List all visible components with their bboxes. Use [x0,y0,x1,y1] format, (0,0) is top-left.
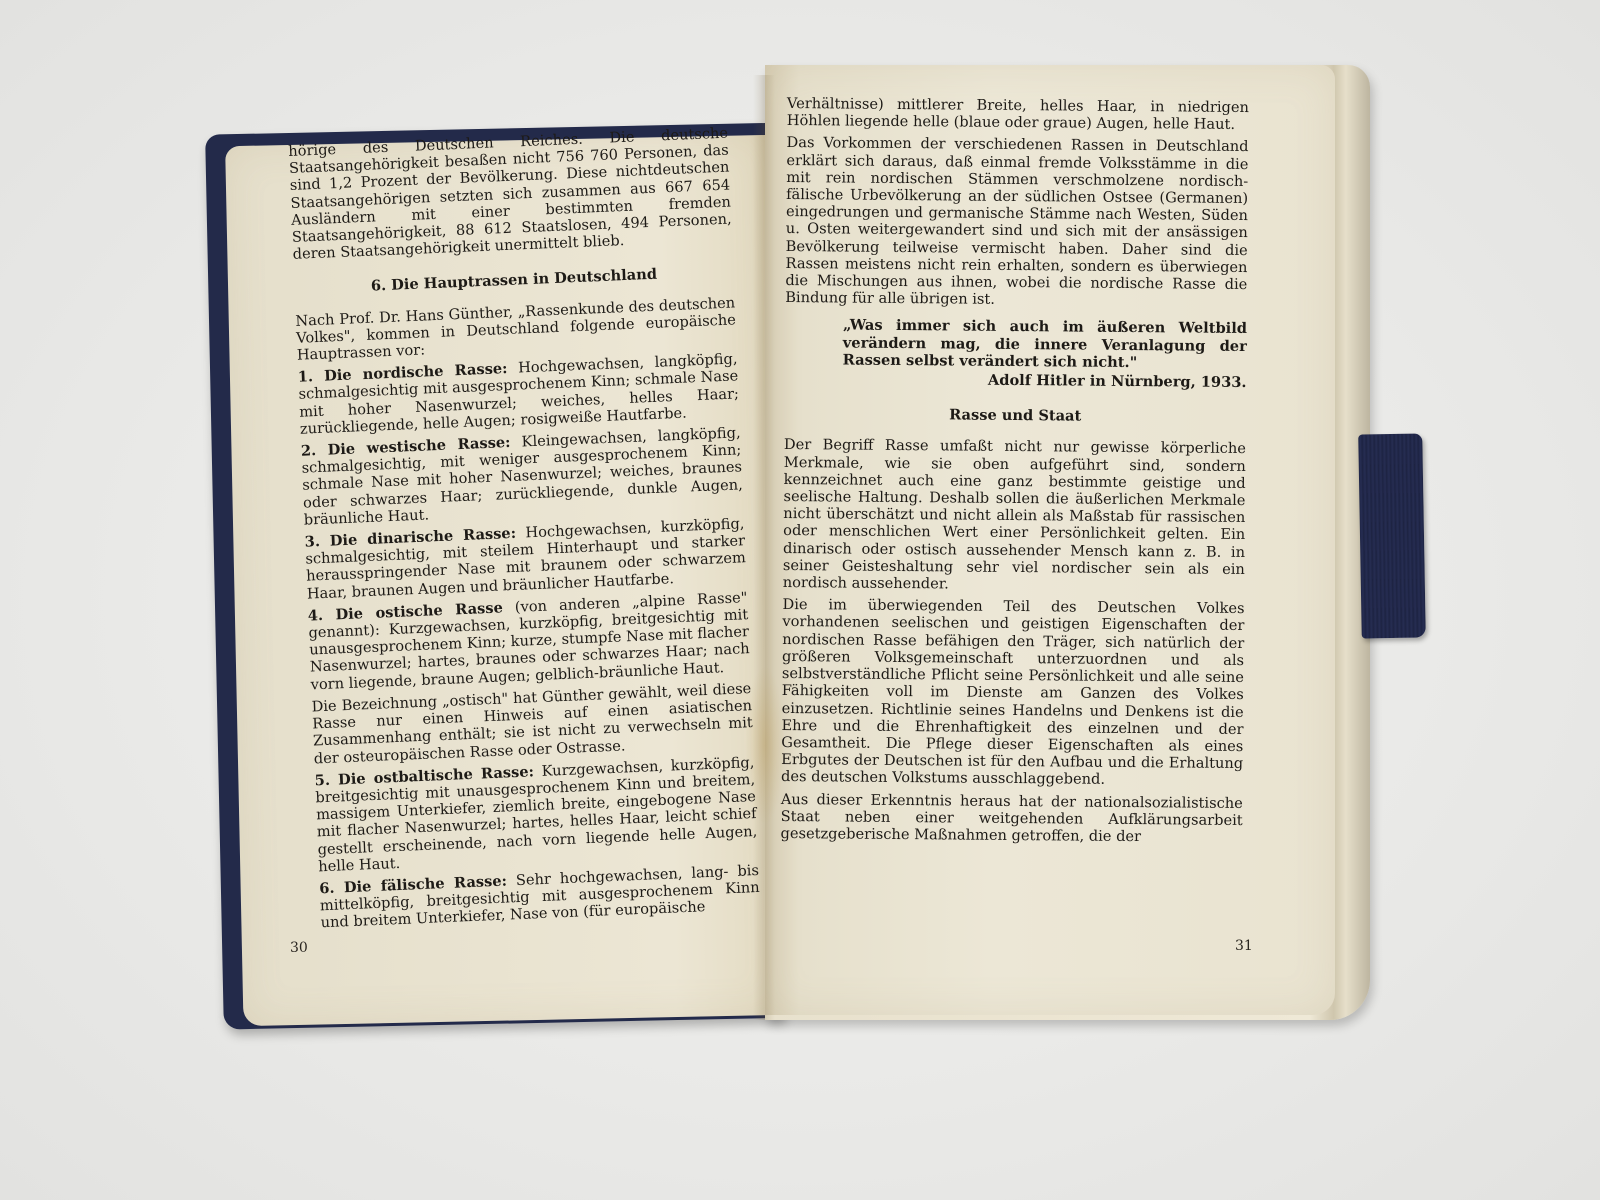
quote-attribution: Adolf Hitler in Nürnberg, 1933. [784,370,1246,391]
list-item: Die Bezeichnung „ostisch" hat Günther ge… [311,680,753,767]
quote: „Was immer sich auch im äußeren Weltbild… [843,317,1247,372]
paragraph: Das Vorkommen der verschiedenen Rassen i… [785,134,1248,310]
list-item: 2. Die westische Rasse: Kleingewachsen, … [301,424,744,528]
continuation-paragraph: Verhältnisse) mittlerer Breite, helles H… [787,95,1249,133]
page-number-left: 30 [290,940,308,956]
list-item: 5. Die ostbaltische Rasse: Kurzgewachsen… [314,754,758,876]
intro-paragraph: hörige des Deutschen Reiches. Die deutsc… [288,125,733,264]
list-item: 3. Die dinarische Rasse: Hochgewachsen, … [304,515,746,602]
left-page-text: hörige des Deutschen Reiches. Die deutsc… [288,125,761,937]
open-book: hörige des Deutschen Reiches. Die deutsc… [205,65,1370,1025]
ribbon-bookmark-tab [1358,433,1426,638]
paragraph: Die im überwiegenden Teil des Deutschen … [781,596,1245,789]
page-number-right: 31 [1235,938,1253,954]
list-item: 4. Die ostische Rasse (von anderen „alpi… [307,589,750,693]
right-page-text: Verhältnisse) mittlerer Breite, helles H… [780,95,1249,851]
item-text: Hochgewachsen, langköpfig, schmalgesicht… [298,351,739,438]
item-text: Die Bezeichnung „ostisch" hat Günther ge… [311,680,753,767]
item-text: Hochgewachsen, kurzköpfig, schmalgesicht… [305,515,746,602]
section-heading: 6. Die Hauptrassen in Deutschland [294,263,734,299]
paragraph: Der Begriff Rasse umfaßt nicht nur gewis… [783,436,1246,595]
section-heading: Rasse und Staat [784,405,1246,426]
list-item: 1. Die nordische Rasse: Hochgewachsen, l… [297,351,739,438]
paragraph: Aus dieser Erkenntnis heraus hat der nat… [780,790,1242,846]
